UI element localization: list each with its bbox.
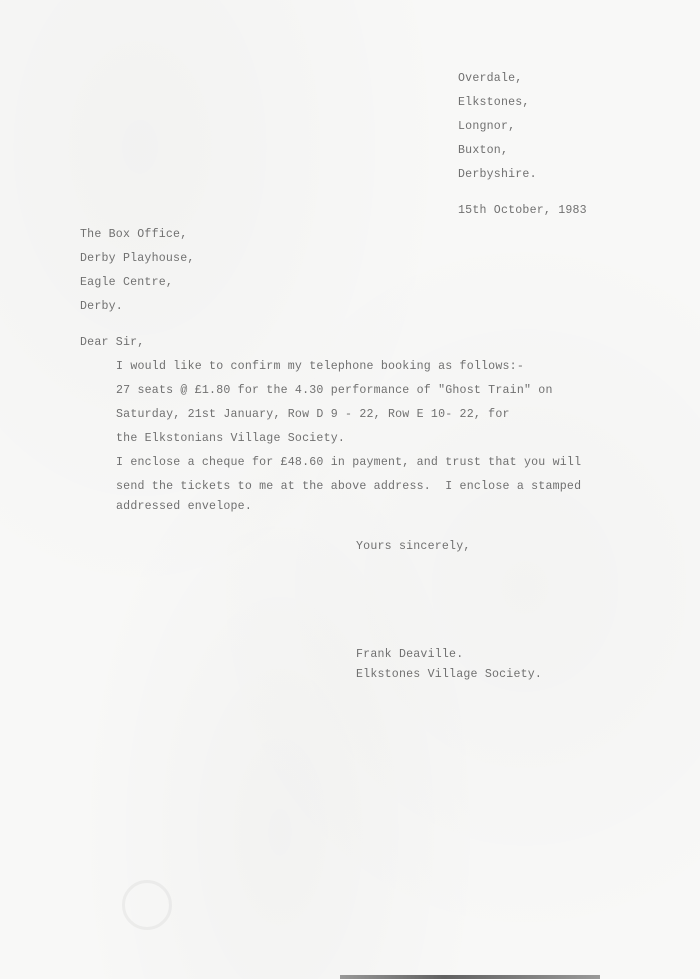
sender-address-line: Elkstones, — [458, 96, 530, 110]
recipient-address-line: Derby Playhouse, — [80, 252, 195, 266]
recipient-address-line: Eagle Centre, — [80, 276, 173, 290]
sender-address-line: Longnor, — [458, 120, 515, 134]
body-paragraph: I would like to confirm my telephone boo… — [116, 360, 524, 374]
closing: Yours sincerely, — [356, 540, 471, 554]
body-paragraph-line: I enclose a cheque for £48.60 in payment… — [116, 456, 581, 470]
scan-edge-shadow — [340, 975, 600, 979]
letter-date: 15th October, 1983 — [458, 204, 587, 218]
sender-address-line: Overdale, — [458, 72, 522, 86]
body-paragraph-line: send the tickets to me at the above addr… — [116, 480, 581, 494]
recipient-address-line: The Box Office, — [80, 228, 187, 242]
paper-watermark — [122, 880, 322, 930]
salutation: Dear Sir, — [80, 336, 144, 350]
signatory-name: Frank Deaville. — [356, 648, 463, 662]
booking-line: the Elkstonians Village Society. — [116, 432, 345, 446]
sender-address-line: Derbyshire. — [458, 168, 537, 182]
sender-address-line: Buxton, — [458, 144, 508, 158]
booking-line: Saturday, 21st January, Row D 9 - 22, Ro… — [116, 408, 510, 422]
booking-line: 27 seats @ £1.80 for the 4.30 performanc… — [116, 384, 553, 398]
watermark-emblem-icon — [122, 880, 172, 930]
body-paragraph-line: addressed envelope. — [116, 500, 252, 514]
recipient-address-line: Derby. — [80, 300, 123, 314]
signatory-organisation: Elkstones Village Society. — [356, 668, 542, 682]
